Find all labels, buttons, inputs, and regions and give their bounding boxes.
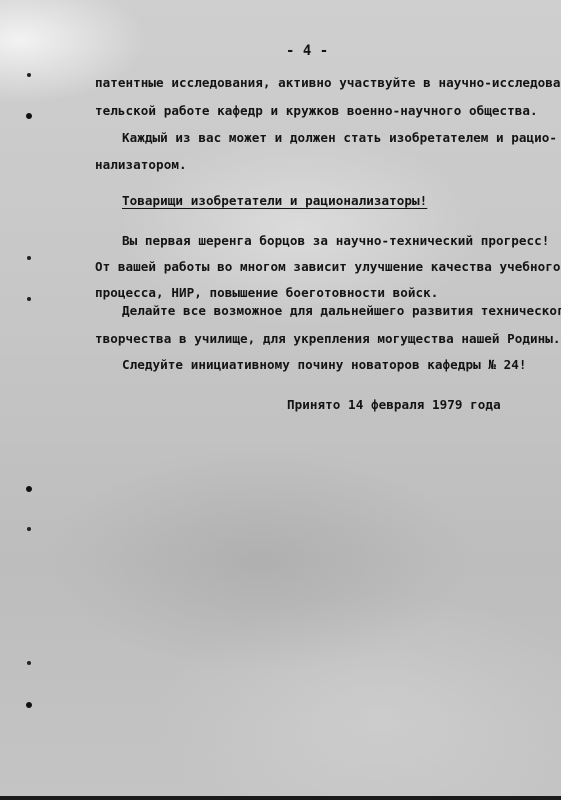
text-line: Делайте все возможное для дальнейшего ра… <box>122 303 561 318</box>
text-line: творчества в училище, для укрепления мог… <box>95 331 561 346</box>
punch-hole <box>26 113 32 119</box>
text-line: Каждый из вас может и должен стать изобр… <box>122 130 557 145</box>
punch-hole <box>27 527 31 531</box>
text-line: тельской работе кафедр и кружков военно-… <box>95 103 538 118</box>
text-line: патентные исследования, активно участвуй… <box>95 75 561 90</box>
text-line: Вы первая шеренга борцов за научно-техни… <box>122 233 549 248</box>
text-line: Следуйте инициативному почину новаторов … <box>122 357 527 372</box>
text-line: От вашей работы во многом зависит улучше… <box>95 259 561 274</box>
punch-hole <box>26 702 32 708</box>
punch-hole <box>27 297 31 301</box>
page-number: - 4 - <box>286 43 328 59</box>
punch-hole <box>27 73 31 77</box>
page-edge <box>0 796 561 800</box>
section-heading: Товарищи изобретатели и рационализаторы! <box>122 193 427 208</box>
punch-hole <box>27 661 31 665</box>
text-line: процесса, НИР, повышение боеготовности в… <box>95 285 438 300</box>
punch-hole <box>27 256 31 260</box>
punch-hole <box>26 486 32 492</box>
adoption-note: Принято 14 февраля 1979 года <box>287 397 501 412</box>
scanned-document-page: - 4 - патентные исследования, активно уч… <box>0 0 561 800</box>
text-line: нализатором. <box>95 157 187 172</box>
